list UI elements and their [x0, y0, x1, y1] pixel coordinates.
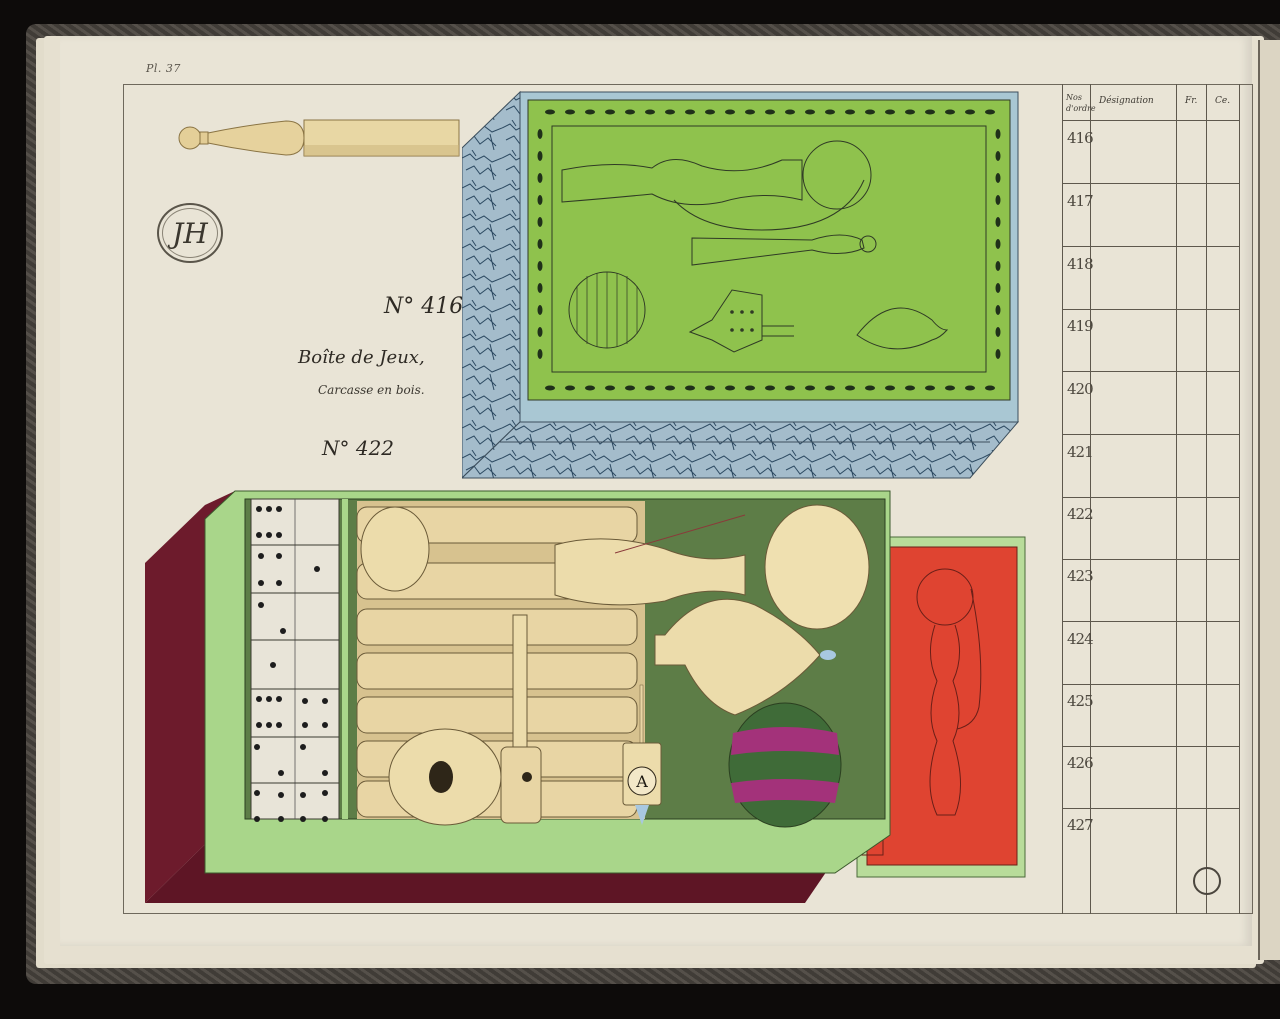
header-centimes: Ce.	[1215, 96, 1230, 106]
ledger-row: 419	[1063, 309, 1239, 372]
row-number: 427	[1067, 816, 1093, 834]
row-number: 416	[1067, 129, 1093, 147]
item-416-title: Boîte de Jeux,	[298, 347, 425, 368]
row-number: 420	[1067, 380, 1093, 398]
library-stamp-icon	[1193, 867, 1221, 895]
row-number: 426	[1067, 754, 1093, 772]
item-422-number: N° 422	[322, 436, 394, 460]
ledger-row: 425	[1063, 684, 1239, 747]
row-number: 417	[1067, 192, 1093, 210]
ledger-row: 421	[1063, 435, 1239, 498]
box-422-illustration: A	[145, 485, 1030, 915]
ledger-row: 424	[1063, 622, 1239, 685]
row-number: 425	[1067, 692, 1093, 710]
header-order-number: Nos d'ordre	[1066, 92, 1090, 114]
header-francs: Fr.	[1185, 96, 1197, 106]
ledger-row: 427	[1063, 808, 1239, 870]
row-number: 423	[1067, 567, 1093, 585]
row-number: 422	[1067, 505, 1093, 523]
skittle-illustration	[176, 115, 461, 161]
ledger-row: 420	[1063, 372, 1239, 435]
teetotum-letter: A	[635, 772, 648, 791]
plate-number: Pl. 37	[146, 62, 181, 75]
facing-page-edge	[1258, 40, 1280, 960]
ledger-row: 426	[1063, 746, 1239, 809]
ledger-row: 422	[1063, 497, 1239, 560]
box-416-illustration	[462, 90, 1022, 480]
row-number: 418	[1067, 255, 1093, 273]
ledger-row: 416	[1063, 121, 1239, 184]
monogram-seal: JH	[157, 203, 223, 263]
ledger-row: 418	[1063, 247, 1239, 310]
row-number: 421	[1067, 443, 1093, 461]
item-416-subtitle: Carcasse en bois.	[318, 383, 425, 397]
row-number: 424	[1067, 630, 1093, 648]
ledger-table: Nos d'ordre Désignation Fr. Ce. 416 417 …	[1062, 84, 1240, 914]
ledger-row: 417	[1063, 184, 1239, 247]
header-designation: Désignation	[1099, 96, 1154, 106]
row-number: 419	[1067, 317, 1093, 335]
ledger-header: Nos d'ordre Désignation Fr. Ce.	[1063, 84, 1239, 121]
ledger-row: 423	[1063, 559, 1239, 622]
item-416-number: N° 416	[384, 294, 463, 319]
